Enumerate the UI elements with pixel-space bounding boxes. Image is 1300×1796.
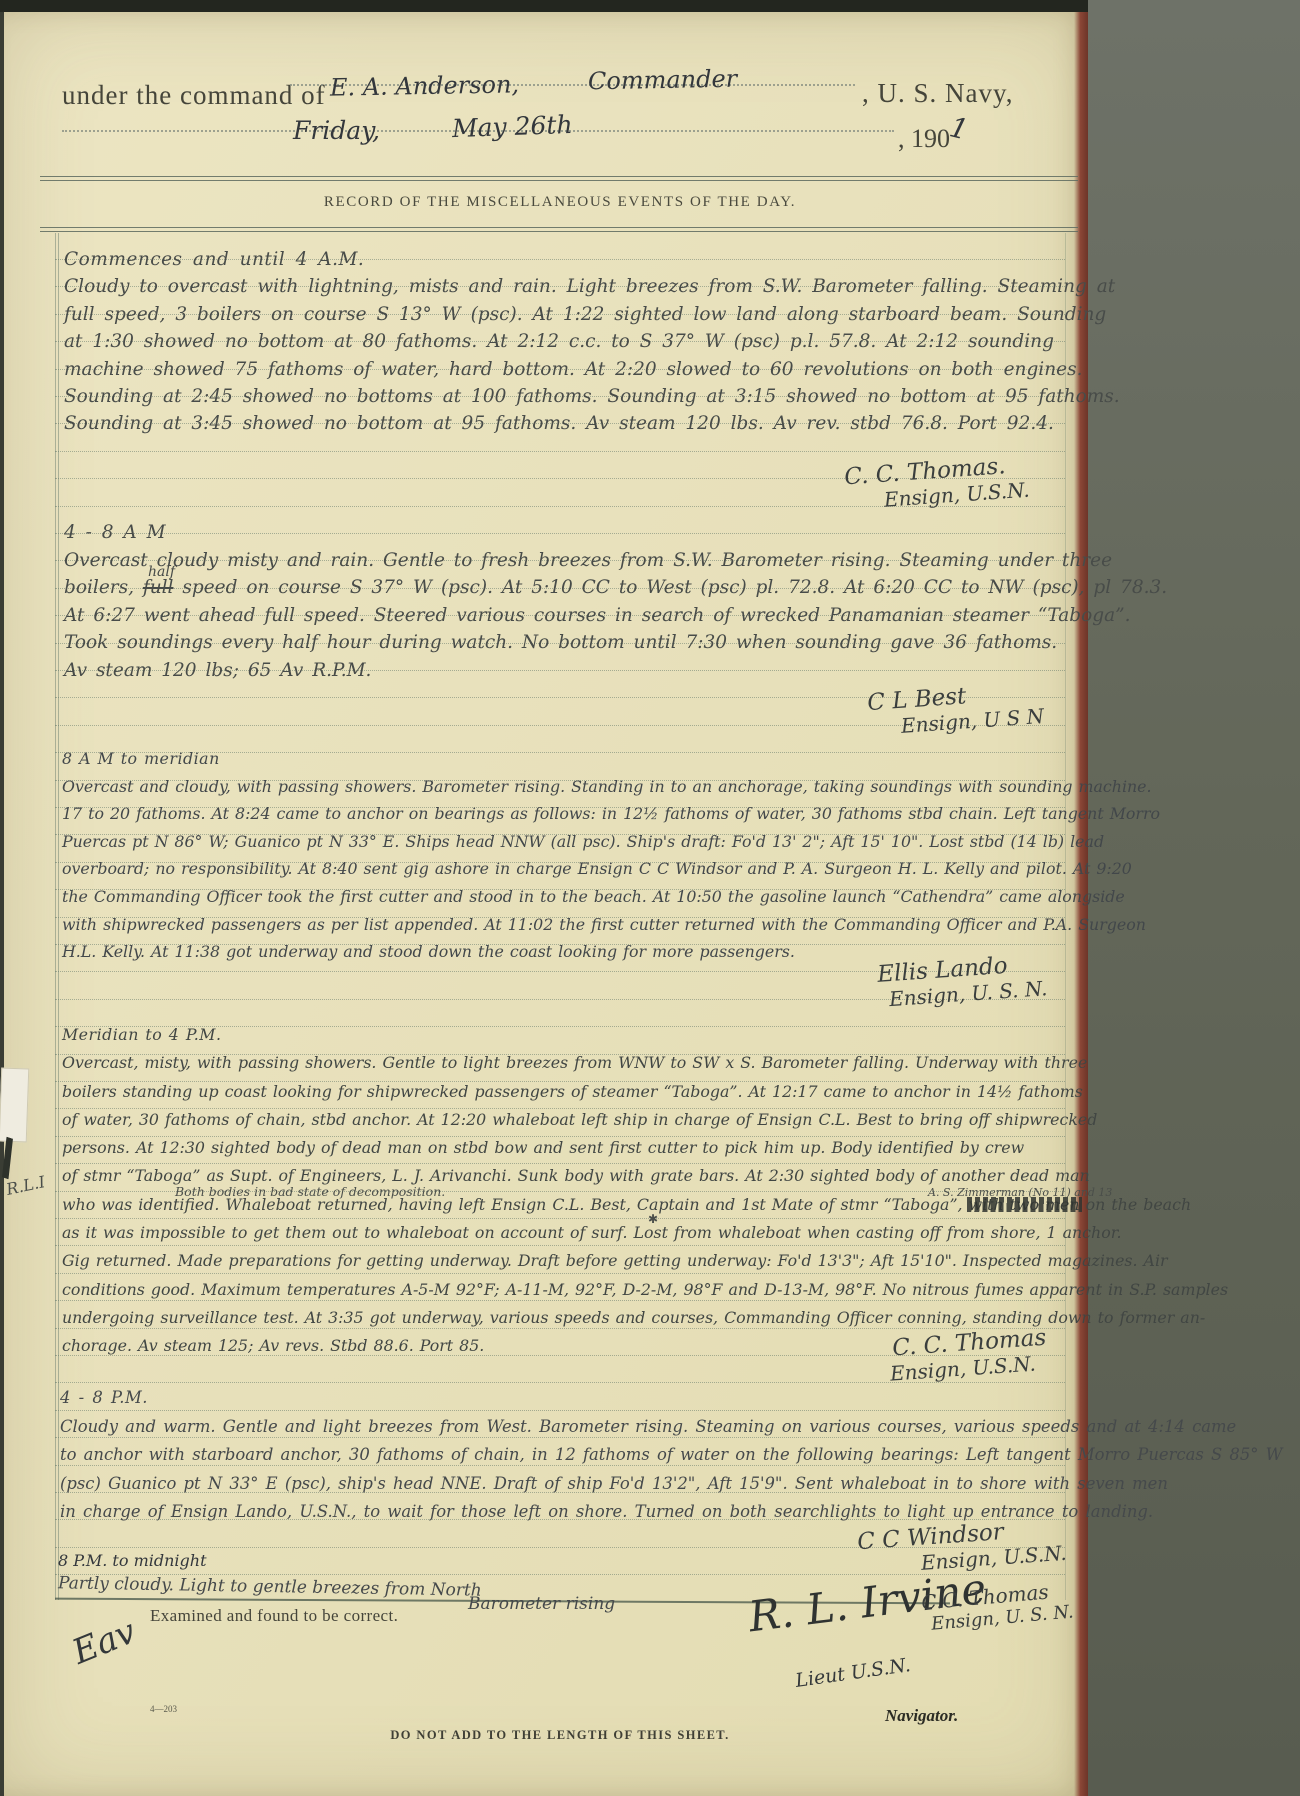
scanner-edge-left bbox=[0, 12, 4, 1796]
paper-tab bbox=[0, 1068, 29, 1143]
log-line: undergoing surveillance test. At 3:35 go… bbox=[62, 1304, 1082, 1332]
log-line: in charge of Ensign Lando, U.S.N., to wa… bbox=[60, 1498, 1080, 1527]
log-line: at 1:30 showed no bottom at 80 fathoms. … bbox=[64, 328, 1084, 355]
asterisk-mark: ✱ bbox=[648, 1212, 658, 1226]
double-rule-top bbox=[40, 176, 1078, 181]
log-line: overboard; no responsibility. At 8:40 se… bbox=[62, 855, 1082, 883]
commander-name-handwritten: E. A. Anderson, bbox=[330, 70, 520, 101]
watch-heading: Meridian to 4 P.M. bbox=[62, 1021, 1082, 1049]
log-line: Sounding at 2:45 showed no bottoms at 10… bbox=[64, 383, 1084, 410]
navigator-printed-label: Navigator. bbox=[885, 1706, 958, 1726]
log-line: At 6:27 went ahead full speed. Steered v… bbox=[64, 602, 1084, 630]
log-line: with shipwrecked passengers as per list … bbox=[62, 911, 1082, 939]
log-text: boilers, bbox=[64, 577, 143, 598]
log-line: full speed, 3 boilers on course S 13° W … bbox=[64, 301, 1084, 328]
log-line: Overcast, misty, with passing showers. G… bbox=[62, 1049, 1082, 1077]
logbook-page: under the command of E. A. Anderson, Com… bbox=[0, 0, 1300, 1796]
log-section-4-8pm: 4 - 8 P.M. Cloudy and warm. Gentle and l… bbox=[60, 1384, 1080, 1527]
watch-heading: Commences and until 4 A.M. bbox=[64, 246, 1084, 273]
interline-note: Both bodies in bad state of decompositio… bbox=[175, 1184, 445, 1199]
log-line: 17 to 20 fathoms. At 8:24 came to anchor… bbox=[62, 800, 1082, 828]
margin-line-left bbox=[55, 233, 56, 1600]
log-line-continuation: Barometer rising bbox=[468, 1594, 615, 1614]
log-line: Av steam 120 lbs; 65 Av R.P.M. bbox=[64, 657, 1084, 685]
log-line: Cloudy and warm. Gentle and light breeze… bbox=[60, 1413, 1080, 1442]
interline-note-right: A. S. Zimmerman (No 11) and 13 bbox=[928, 1186, 1112, 1199]
log-line: persons. At 12:30 sighted body of dead m… bbox=[62, 1134, 1082, 1162]
margin-line-left-2 bbox=[58, 233, 59, 1600]
log-line: Gig returned. Made preparations for gett… bbox=[62, 1247, 1082, 1275]
log-line: Cloudy to overcast with lightning, mists… bbox=[64, 273, 1084, 300]
log-line: machine showed 75 fathoms of water, hard… bbox=[64, 356, 1084, 383]
watch-heading: 4 - 8 A M bbox=[64, 519, 1084, 547]
examined-statement: Examined and found to be correct. bbox=[150, 1606, 398, 1626]
form-number: 4—203 bbox=[150, 1704, 177, 1714]
log-section-4-8am: 4 - 8 A M Overcast cloudy misty and rain… bbox=[64, 519, 1084, 685]
log-text: speed on course S 37° W (psc). At 5:10 C… bbox=[173, 577, 1167, 598]
printed-command-label: under the command of bbox=[62, 80, 326, 111]
page-title: RECORD OF THE MISCELLANEOUS EVENTS OF TH… bbox=[55, 194, 1065, 211]
log-line: of water, 30 fathoms of chain, stbd anch… bbox=[62, 1106, 1082, 1134]
log-line: boilers standing up coast looking for sh… bbox=[62, 1078, 1082, 1106]
date-handwritten: May 26th bbox=[452, 110, 573, 143]
log-line-with-correction: boilers, full speed on course S 37° W (p… bbox=[64, 574, 1084, 602]
double-rule-under-title bbox=[40, 227, 1078, 232]
printed-year: , 190 bbox=[898, 124, 950, 154]
log-line: the Commanding Officer took the first cu… bbox=[62, 883, 1082, 911]
log-line: Sounding at 3:45 showed no bottom at 95 … bbox=[64, 410, 1084, 437]
log-line: Overcast cloudy misty and rain. Gentle t… bbox=[64, 547, 1084, 575]
commander-rank-handwritten: Commander bbox=[588, 65, 738, 96]
log-section-8am-meridian: 8 A M to meridian Overcast and cloudy, w… bbox=[62, 745, 1082, 966]
log-line: (psc) Guanico pt N 33° E (psc), ship's h… bbox=[60, 1470, 1080, 1499]
watch-heading: 8 P.M. to midnight bbox=[58, 1551, 207, 1570]
watch-heading: 8 A M to meridian bbox=[62, 745, 1082, 773]
do-not-add-notice: DO NOT ADD TO THE LENGTH OF THIS SHEET. bbox=[55, 1728, 1065, 1743]
log-line: conditions good. Maximum temperatures A-… bbox=[62, 1276, 1082, 1304]
weekday-handwritten: Friday, bbox=[293, 116, 380, 145]
log-line: Took soundings every half hour during wa… bbox=[64, 629, 1084, 657]
log-line: Overcast and cloudy, with passing shower… bbox=[62, 773, 1082, 801]
printed-navy-label: , U. S. Navy, bbox=[862, 78, 1014, 109]
correction-word: half bbox=[148, 559, 175, 587]
log-section-midnight-to-4am: Commences and until 4 A.M. Cloudy to ove… bbox=[64, 246, 1084, 438]
log-line: to anchor with starboard anchor, 30 fath… bbox=[60, 1441, 1080, 1470]
watch-heading: 4 - 8 P.M. bbox=[60, 1384, 1080, 1413]
log-line: as it was impossible to get them out to … bbox=[62, 1219, 1082, 1247]
log-line: Puercas pt N 86° W; Guanico pt N 33° E. … bbox=[62, 828, 1082, 856]
